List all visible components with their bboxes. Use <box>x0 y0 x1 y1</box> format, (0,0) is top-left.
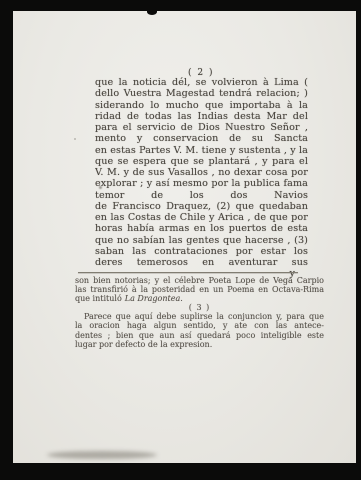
text-line: horas había armas en los puertos de esta… <box>95 223 308 234</box>
text-line: saban las contrataciones por estar los m… <box>95 246 308 257</box>
text-line: en las Costas de Chile y Arica , de que … <box>95 212 308 223</box>
footnote-3-label: ( 3 ) <box>75 303 324 312</box>
footnote-3-line: lugar por defecto de la expresion. <box>75 340 324 349</box>
footnote-continuation-line: las transfirió à la posteridad en un Poe… <box>75 285 324 294</box>
scanned-page: ( 2 ) que la noticia dél, se volvieron à… <box>13 11 356 463</box>
text-line: para el servicio de Dios Nuestro Señor ,… <box>95 122 308 133</box>
cited-work-title: La Dragontea. <box>122 294 183 303</box>
text-line: que no sabían las gentes que hacerse , (… <box>95 235 308 246</box>
text-line: que la noticia dél, se volvieron à Lima … <box>95 77 308 88</box>
footnotes-block: son bien notorias; y el célebre Poeta Lo… <box>75 276 324 349</box>
footnote-continuation-line: son bien notorias; y el célebre Poeta Lo… <box>75 276 324 285</box>
text-line: V. M. y de sus Vasallos , no dexar cosa … <box>95 167 308 178</box>
footnote-3-line: la oracion haga algun sentido, y ate con… <box>75 321 324 330</box>
paper-speck <box>74 138 76 140</box>
scanned-document-frame: ( 2 ) que la noticia dél, se volvieron à… <box>0 0 361 480</box>
text-line: en estas Partes V. M. tiene y sustenta ,… <box>95 145 308 156</box>
text-line: mento y conservacion de su Sancta Iglesi… <box>95 133 308 144</box>
main-paragraph: que la noticia dél, se volvieron à Lima … <box>95 77 308 280</box>
footnote-3-line: dentes ; bien que aun así quedará poco i… <box>75 331 324 340</box>
text-line: dello Vuestra Magestad tendrá relacion; … <box>95 88 308 99</box>
footnote-3-line: Parece que aquí debe suplirse la conjunc… <box>75 312 324 321</box>
footnote-continuation-line: que intitulóLa Dragontea. <box>75 294 324 303</box>
text-line: siderando lo mucho que importaba à la se… <box>95 100 308 111</box>
text-line: ridad de todas las Indias desta Mar del … <box>95 111 308 122</box>
footnote-text: que intituló <box>75 294 122 303</box>
text-line: explorar ; y así mesmo por la publica fa… <box>95 178 308 189</box>
text-line: que se espera que se plantará , y para e… <box>95 156 308 167</box>
text-line: deres temerosos en aventurar sus haciend… <box>95 257 308 268</box>
footnote-separator-rule <box>78 272 298 273</box>
scan-edge-artifact <box>147 9 157 15</box>
text-line: de Francisco Draquez, (2) que quedaban a… <box>95 201 308 212</box>
text-line: temor de los dos Navios Ingleses,compañe… <box>95 190 308 201</box>
